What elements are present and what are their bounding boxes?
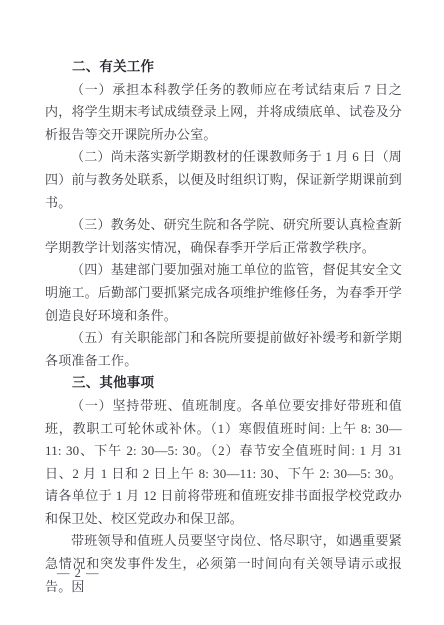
- page-number: — 2 —: [57, 566, 100, 581]
- paragraph: （二）尚未落实新学期教材的任课教师务于 1 月 6 日（周四）前与教务处联系，以…: [45, 146, 402, 214]
- paragraph: （一）坚持带班、值班制度。各单位要安排好带班和值班，教职工可轮休或补休。（1）寒…: [45, 395, 402, 531]
- document-text-block: 二、有关工作 （一）承担本科教学任务的教师应在考试结束后 7 日之内，将学生期末…: [45, 56, 402, 598]
- paragraph: （四）基建部门要加强对施工单位的监管，督促其安全文明施工。后勤部门要抓紧完成各项…: [45, 259, 402, 327]
- paragraph: 带班领导和值班人员要坚守岗位、恪尽职守，如遇重要紧急情况和突发事件发生，必须第一…: [45, 530, 402, 598]
- section-heading-related-work: 二、有关工作: [45, 56, 402, 79]
- paragraph: （一）承担本科教学任务的教师应在考试结束后 7 日之内，将学生期末考试成绩登录上…: [45, 79, 402, 147]
- document-page: 二、有关工作 （一）承担本科教学任务的教师应在考试结束后 7 日之内，将学生期末…: [0, 0, 444, 625]
- paragraph: （五）有关职能部门和各院所要提前做好补缓考和新学期各项准备工作。: [45, 327, 402, 372]
- paragraph: （三）教务处、研究生院和各学院、研究所要认真检查新学期教学计划落实情况，确保春季…: [45, 214, 402, 259]
- section-heading-other-matters: 三、其他事项: [45, 372, 402, 395]
